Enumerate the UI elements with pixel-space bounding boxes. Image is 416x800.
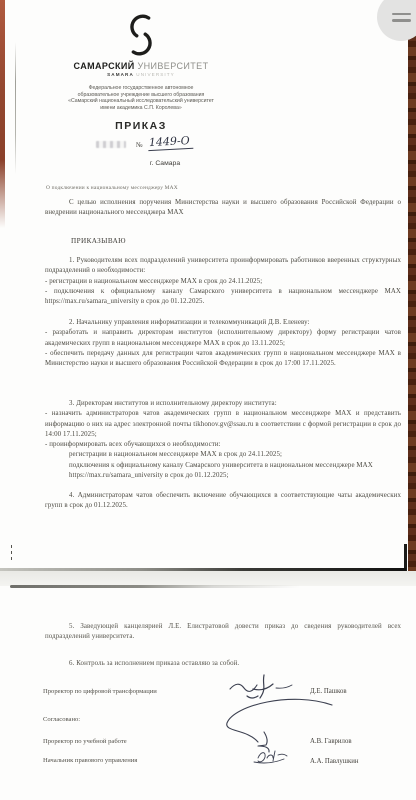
agreed-title-1: Проректор по учебной работе xyxy=(43,738,127,745)
date-stamp-smudge xyxy=(96,141,126,148)
issuer-title: Проректор по цифровой трансформации xyxy=(43,688,157,695)
order-item-4: 4. Администраторам чатов обеспечить вклю… xyxy=(45,491,401,512)
university-name-en: SAMARA UNIVERSITY xyxy=(30,72,252,77)
agreed-label: Согласовано: xyxy=(43,716,80,723)
issuer-name: Д.Е. Пашков xyxy=(310,688,347,695)
document-photo-view: САМАРСКИЙ УНИВЕРСИТЕТ SAMARA UNIVERSITY … xyxy=(0,0,416,800)
order-number-handwritten: 1449-О xyxy=(148,134,193,151)
menu-icon xyxy=(392,13,411,16)
page2-top-edge-shadow xyxy=(10,585,300,588)
order-item-6: 6. Контроль за исполнением приказа остав… xyxy=(45,659,401,669)
document-type-title: ПРИКАЗ xyxy=(30,120,252,132)
paper-edge-shadow xyxy=(15,42,16,174)
order-number-line: № 1449-О xyxy=(96,136,276,154)
city-line: г. Самара xyxy=(120,160,210,167)
number-label: № xyxy=(136,141,143,149)
organization-full-name: Федеральное государственное автономное о… xyxy=(30,85,252,111)
order-item-2: 2. Начальнику управления информатизации … xyxy=(45,318,401,369)
page-gap xyxy=(0,571,416,586)
document-header: САМАРСКИЙ УНИВЕРСИТЕТ SAMARA UNIVERSITY … xyxy=(30,12,252,132)
order-item-3: 3. Директорам институтов и исполнительно… xyxy=(45,399,401,481)
table-edge-left xyxy=(0,0,5,228)
order-item-5: 5. Заведующей канцелярией Л.Е. Елистрато… xyxy=(45,622,401,643)
agreed-title-2: Начальник правового управления xyxy=(43,757,137,764)
order-item-1: 1. Руководителям всех подразделений унив… xyxy=(45,256,401,307)
preamble-paragraph: С целью исполнения поручения Министерств… xyxy=(45,198,401,219)
menu-button[interactable] xyxy=(377,0,416,41)
page1-left-edge-mark xyxy=(11,545,12,561)
signature-gavrilov-pavlushkin xyxy=(220,696,338,768)
table-edge-right xyxy=(408,34,416,574)
order-word: ПРИКАЗЫВАЮ xyxy=(71,237,126,245)
university-name-ru: САМАРСКИЙ УНИВЕРСИТЕТ xyxy=(30,61,252,71)
samara-university-logo-icon xyxy=(124,12,158,58)
subject-line: О подключении к национальному мессенджер… xyxy=(46,185,178,191)
